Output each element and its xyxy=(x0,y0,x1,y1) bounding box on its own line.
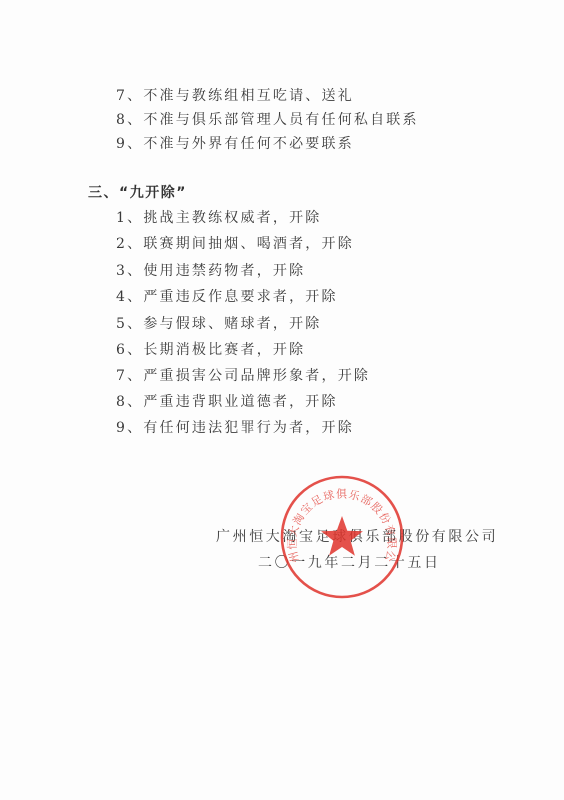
rule-item: 9、不准与外界有任何不必要联系 xyxy=(116,135,354,153)
item-text: 严重损害公司品牌形象者，开除 xyxy=(143,368,370,384)
rule-item: 3、使用违禁药物者，开除 xyxy=(116,262,305,280)
item-text: 不准与教练组相互吃请、送礼 xyxy=(143,88,354,104)
item-number: 7、 xyxy=(116,368,143,384)
item-text: 不准与俱乐部管理人员有任何私自联系 xyxy=(143,112,418,128)
item-text: 参与假球、赌球者，开除 xyxy=(143,316,321,332)
item-number: 8、 xyxy=(116,112,143,128)
section-heading: 三、“九开除” xyxy=(88,184,187,202)
signature-company: 广州恒大淘宝足球俱乐部股份有限公司 xyxy=(216,528,498,546)
item-text: 有任何违法犯罪行为者，开除 xyxy=(143,420,354,436)
rule-item: 4、严重违反作息要求者，开除 xyxy=(116,288,338,306)
signature-date: 二〇一九年二月二十五日 xyxy=(258,554,441,572)
rule-item: 8、不准与俱乐部管理人员有任何私自联系 xyxy=(116,111,419,129)
item-number: 2、 xyxy=(116,236,143,252)
item-number: 7、 xyxy=(116,88,143,104)
svg-text:广州恒大淘宝足球俱乐部股份有限公司: 广州恒大淘宝足球俱乐部股份有限公司 xyxy=(279,474,398,564)
item-text: 联赛期间抽烟、喝酒者，开除 xyxy=(143,236,354,252)
rule-item: 9、有任何违法犯罪行为者，开除 xyxy=(116,419,354,437)
item-number: 9、 xyxy=(116,136,143,152)
seal-text: 广州恒大淘宝足球俱乐部股份有限公司 xyxy=(279,474,398,564)
item-number: 3、 xyxy=(116,263,143,279)
item-number: 8、 xyxy=(116,394,143,410)
item-number: 5、 xyxy=(116,316,143,332)
item-number: 4、 xyxy=(116,289,143,305)
item-number: 6、 xyxy=(116,342,143,358)
item-text: 挑战主教练权威者，开除 xyxy=(143,210,321,226)
rule-item: 8、严重违背职业道德者，开除 xyxy=(116,393,338,411)
rule-item: 7、严重损害公司品牌形象者，开除 xyxy=(116,367,370,385)
rule-item: 1、挑战主教练权威者，开除 xyxy=(116,209,322,227)
rule-item: 5、参与假球、赌球者，开除 xyxy=(116,315,322,333)
item-text: 严重违背职业道德者，开除 xyxy=(143,394,337,410)
item-number: 1、 xyxy=(116,210,143,226)
rule-item: 2、联赛期间抽烟、喝酒者，开除 xyxy=(116,235,354,253)
item-text: 不准与外界有任何不必要联系 xyxy=(143,136,354,152)
rule-item: 6、长期消极比赛者，开除 xyxy=(116,341,305,359)
item-text: 使用违禁药物者，开除 xyxy=(143,263,305,279)
item-text: 长期消极比赛者，开除 xyxy=(143,342,305,358)
rule-item: 7、不准与教练组相互吃请、送礼 xyxy=(116,87,354,105)
item-text: 严重违反作息要求者，开除 xyxy=(143,289,337,305)
item-number: 9、 xyxy=(116,420,143,436)
